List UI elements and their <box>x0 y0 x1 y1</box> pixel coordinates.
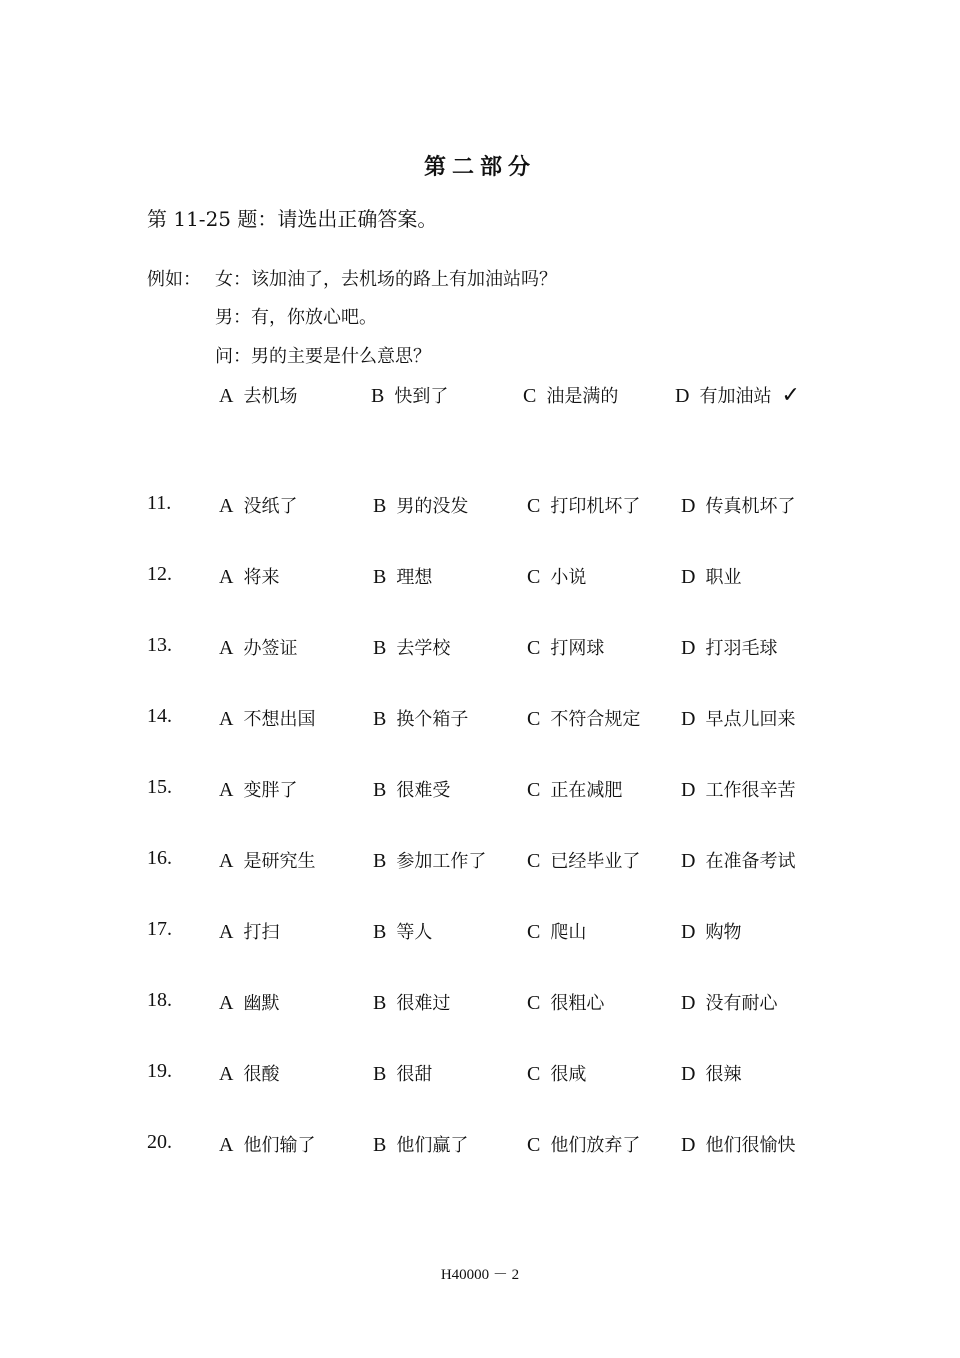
option-text: 打羽毛球 <box>705 638 777 659</box>
option-letter: C <box>527 921 540 943</box>
option-letter: A <box>219 779 233 801</box>
option-c[interactable]: C已经毕业了 <box>527 847 640 873</box>
option-letter: B <box>373 779 386 801</box>
option-text: 办签证 <box>243 638 297 659</box>
option-text: 去学校 <box>396 638 450 659</box>
question-row-13: 13. A办签证 B去学校 C打网球 D打羽毛球 <box>147 634 847 664</box>
option-text: 很咸 <box>550 1064 586 1085</box>
option-c[interactable]: C不符合规定 <box>527 705 640 731</box>
option-text: 换个箱子 <box>396 709 468 730</box>
question-number: 11. <box>147 492 171 515</box>
section-title: 第二部分 <box>0 150 960 181</box>
option-letter: A <box>219 566 233 588</box>
question-row-11: 11. A没纸了 B男的没发 C打印机坏了 D传真机坏了 <box>147 492 847 522</box>
option-d[interactable]: D购物 <box>681 918 741 944</box>
example-option-a: A去机场 <box>219 382 297 408</box>
option-c[interactable]: C正在减肥 <box>527 776 622 802</box>
option-b[interactable]: B参加工作了 <box>373 847 486 873</box>
option-letter: B <box>373 1134 386 1156</box>
option-letter: B <box>373 637 386 659</box>
option-text: 小说 <box>550 567 586 588</box>
option-d[interactable]: D早点儿回来 <box>681 705 795 731</box>
option-a[interactable]: A办签证 <box>219 634 297 660</box>
option-a[interactable]: A变胖了 <box>219 776 297 802</box>
option-d[interactable]: D打羽毛球 <box>681 634 777 660</box>
example-line-woman: 女：该加油了，去机场的路上有加油站吗？ <box>215 265 557 291</box>
option-a[interactable]: A幽默 <box>219 989 279 1015</box>
question-row-12: 12. A将来 B理想 C小说 D职业 <box>147 563 847 593</box>
option-d[interactable]: D工作很辛苦 <box>681 776 795 802</box>
option-text: 很酸 <box>243 1064 279 1085</box>
option-text: 变胖了 <box>243 780 297 801</box>
option-text: 将来 <box>243 567 279 588</box>
option-b[interactable]: B他们赢了 <box>373 1131 468 1157</box>
option-letter: A <box>219 495 233 517</box>
question-number: 19. <box>147 1060 172 1083</box>
option-letter: C <box>527 495 540 517</box>
option-text: 很辣 <box>705 1064 741 1085</box>
option-text: 打扫 <box>243 922 279 943</box>
option-d[interactable]: D职业 <box>681 563 741 589</box>
option-letter: C <box>527 1134 540 1156</box>
option-a[interactable]: A很酸 <box>219 1060 279 1086</box>
option-letter: B <box>373 1063 386 1085</box>
option-letter: C <box>527 992 540 1014</box>
option-d[interactable]: D没有耐心 <box>681 989 777 1015</box>
option-letter: A <box>219 1134 233 1156</box>
option-d[interactable]: D他们很愉快 <box>681 1131 795 1157</box>
option-letter: A <box>219 850 233 872</box>
option-letter: D <box>681 1134 695 1156</box>
option-letter: B <box>373 566 386 588</box>
option-letter: B <box>373 495 386 517</box>
option-a[interactable]: A将来 <box>219 563 279 589</box>
option-letter: D <box>681 495 695 517</box>
option-letter: A <box>219 992 233 1014</box>
example-label: 例如： <box>147 265 201 291</box>
option-text: 很甜 <box>396 1064 432 1085</box>
option-letter: C <box>527 1063 540 1085</box>
option-text: 等人 <box>396 922 432 943</box>
option-text: 参加工作了 <box>396 851 486 872</box>
example-option-b: B快到了 <box>371 382 448 408</box>
question-row-19: 19. A很酸 B很甜 C很咸 D很辣 <box>147 1060 847 1090</box>
option-b[interactable]: B去学校 <box>373 634 450 660</box>
instruction-text: 第 11-25 题：请选出正确答案。 <box>147 203 437 232</box>
option-b[interactable]: B理想 <box>373 563 432 589</box>
option-letter: A <box>219 921 233 943</box>
option-letter: B <box>373 992 386 1014</box>
option-c[interactable]: C小说 <box>527 563 586 589</box>
question-number: 17. <box>147 918 172 941</box>
option-c[interactable]: C很咸 <box>527 1060 586 1086</box>
option-d[interactable]: D很辣 <box>681 1060 741 1086</box>
option-a[interactable]: A打扫 <box>219 918 279 944</box>
option-c[interactable]: C很粗心 <box>527 989 604 1015</box>
option-letter: D <box>681 708 695 730</box>
question-number: 18. <box>147 989 172 1012</box>
option-text: 在准备考试 <box>705 851 795 872</box>
option-text: 正在减肥 <box>550 780 622 801</box>
option-c[interactable]: C他们放弃了 <box>527 1131 640 1157</box>
option-letter: C <box>527 566 540 588</box>
option-letter: D <box>681 566 695 588</box>
option-letter: D <box>681 992 695 1014</box>
option-letter: C <box>527 850 540 872</box>
option-letter: C <box>527 708 540 730</box>
question-row-16: 16. A是研究生 B参加工作了 C已经毕业了 D在准备考试 <box>147 847 847 877</box>
option-letter: D <box>681 637 695 659</box>
option-d[interactable]: D在准备考试 <box>681 847 795 873</box>
option-b[interactable]: B等人 <box>373 918 432 944</box>
question-number: 14. <box>147 705 172 728</box>
option-letter: A <box>219 708 233 730</box>
option-text: 没有耐心 <box>705 993 777 1014</box>
question-number: 20. <box>147 1131 172 1154</box>
option-c[interactable]: C打网球 <box>527 634 604 660</box>
option-text: 他们放弃了 <box>550 1135 640 1156</box>
option-text: 很难受 <box>396 780 450 801</box>
example-option-d: D有加油站✓ <box>675 382 800 408</box>
question-row-17: 17. A打扫 B等人 C爬山 D购物 <box>147 918 847 948</box>
option-text: 幽默 <box>243 993 279 1014</box>
option-text: 没纸了 <box>243 496 297 517</box>
option-letter: A <box>219 637 233 659</box>
example-line-question: 问：男的主要是什么意思？ <box>215 342 431 368</box>
option-text: 他们很愉快 <box>705 1135 795 1156</box>
option-letter: A <box>219 1063 233 1085</box>
option-text: 职业 <box>705 567 741 588</box>
option-b[interactable]: B男的没发 <box>373 492 468 518</box>
question-number: 15. <box>147 776 172 799</box>
option-letter: D <box>681 850 695 872</box>
question-row-15: 15. A变胖了 B很难受 C正在减肥 D工作很辛苦 <box>147 776 847 806</box>
question-number: 13. <box>147 634 172 657</box>
option-text: 不想出国 <box>243 709 315 730</box>
example-options: A去机场 B快到了 C油是满的 D有加油站✓ <box>147 382 960 412</box>
option-letter: C <box>527 637 540 659</box>
option-c[interactable]: C爬山 <box>527 918 586 944</box>
option-letter: B <box>373 921 386 943</box>
option-letter: D <box>681 1063 695 1085</box>
option-a[interactable]: A没纸了 <box>219 492 297 518</box>
option-a[interactable]: A他们输了 <box>219 1131 315 1157</box>
option-text: 打网球 <box>550 638 604 659</box>
option-a[interactable]: A不想出国 <box>219 705 315 731</box>
question-number: 16. <box>147 847 172 870</box>
option-d[interactable]: D传真机坏了 <box>681 492 795 518</box>
option-text: 男的没发 <box>396 496 468 517</box>
option-b[interactable]: B很甜 <box>373 1060 432 1086</box>
option-text: 理想 <box>396 567 432 588</box>
option-a[interactable]: A是研究生 <box>219 847 315 873</box>
option-text: 很粗心 <box>550 993 604 1014</box>
question-row-20: 20. A他们输了 B他们赢了 C他们放弃了 D他们很愉快 <box>147 1131 847 1161</box>
example-option-c: C油是满的 <box>523 382 618 408</box>
option-b[interactable]: B换个箱子 <box>373 705 468 731</box>
question-row-18: 18. A幽默 B很难过 C很粗心 D没有耐心 <box>147 989 847 1019</box>
checkmark-icon: ✓ <box>781 383 799 408</box>
option-text: 他们输了 <box>243 1135 315 1156</box>
option-text: 购物 <box>705 922 741 943</box>
example-line-man: 男：有，你放心吧。 <box>215 303 377 329</box>
option-b[interactable]: B很难受 <box>373 776 450 802</box>
option-letter: C <box>527 779 540 801</box>
option-text: 传真机坏了 <box>705 496 795 517</box>
question-row-14: 14. A不想出国 B换个箱子 C不符合规定 D早点儿回来 <box>147 705 847 735</box>
option-text: 爬山 <box>550 922 586 943</box>
page-footer: H40000 － 2 <box>0 1263 960 1284</box>
option-letter: B <box>373 850 386 872</box>
option-text: 他们赢了 <box>396 1135 468 1156</box>
option-text: 已经毕业了 <box>550 851 640 872</box>
option-text: 工作很辛苦 <box>705 780 795 801</box>
option-text: 早点儿回来 <box>705 709 795 730</box>
option-letter: D <box>681 921 695 943</box>
option-letter: B <box>373 708 386 730</box>
option-text: 很难过 <box>396 993 450 1014</box>
option-text: 不符合规定 <box>550 709 640 730</box>
option-text: 打印机坏了 <box>550 496 640 517</box>
option-text: 是研究生 <box>243 851 315 872</box>
option-c[interactable]: C打印机坏了 <box>527 492 640 518</box>
question-number: 12. <box>147 563 172 586</box>
option-b[interactable]: B很难过 <box>373 989 450 1015</box>
option-letter: D <box>681 779 695 801</box>
